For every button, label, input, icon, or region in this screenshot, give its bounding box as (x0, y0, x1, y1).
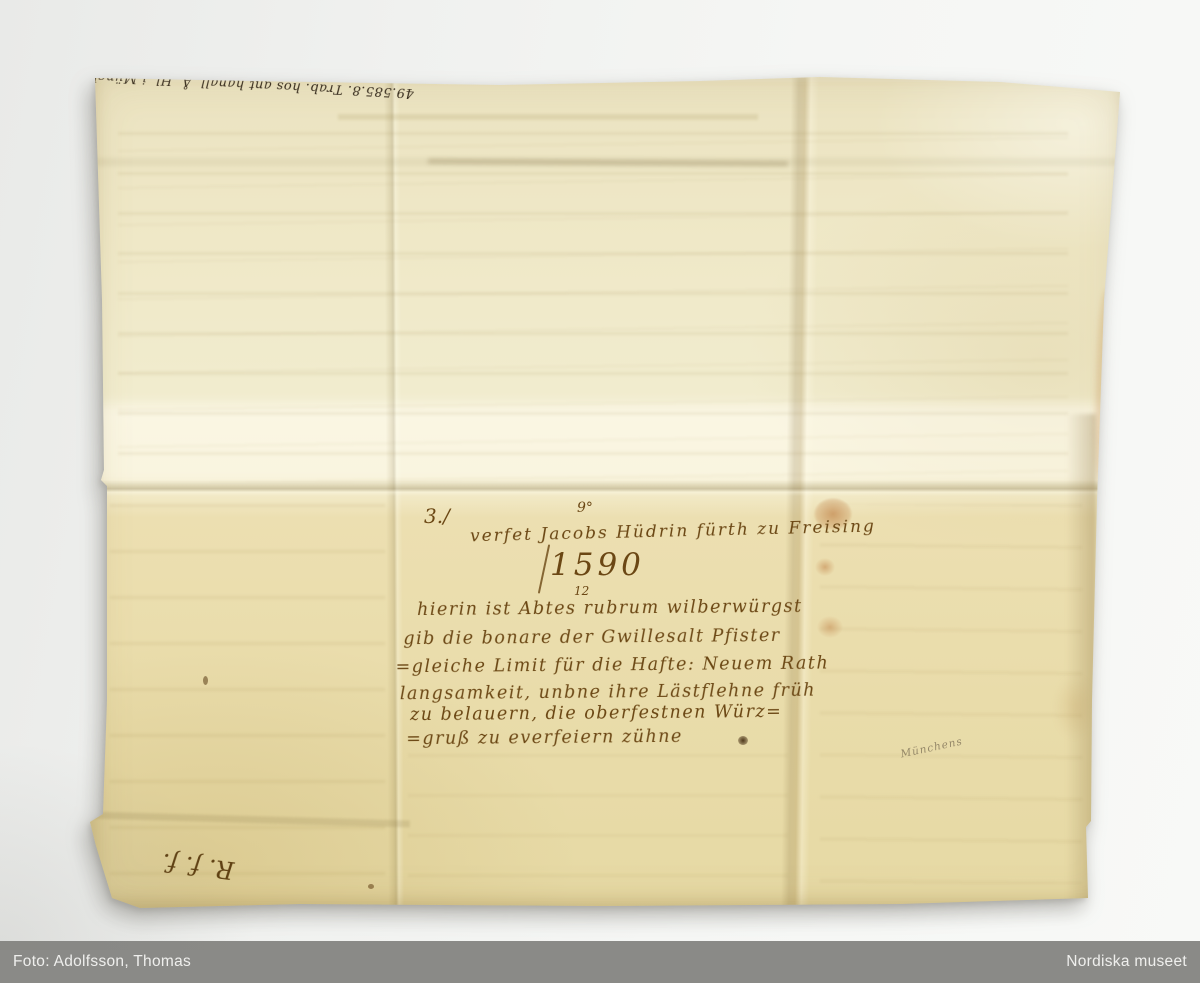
museum-credit: Nordiska museet (1066, 953, 1187, 971)
parchment-edge-vignette (88, 74, 1124, 910)
photo-credit-bar: Foto: Adolfsson, Thomas Nordiska museet (0, 941, 1200, 983)
parchment-document: 49.585.8. Trab. hos ant hanall. Å. Hl. i… (88, 74, 1124, 910)
photo-area: 49.585.8. Trab. hos ant hanall. Å. Hl. i… (0, 0, 1200, 941)
edge-rust-streak-2 (1102, 414, 1116, 506)
photographer-credit: Foto: Adolfsson, Thomas (13, 953, 191, 971)
museum-photo-page: 49.585.8. Trab. hos ant hanall. Å. Hl. i… (0, 0, 1200, 983)
